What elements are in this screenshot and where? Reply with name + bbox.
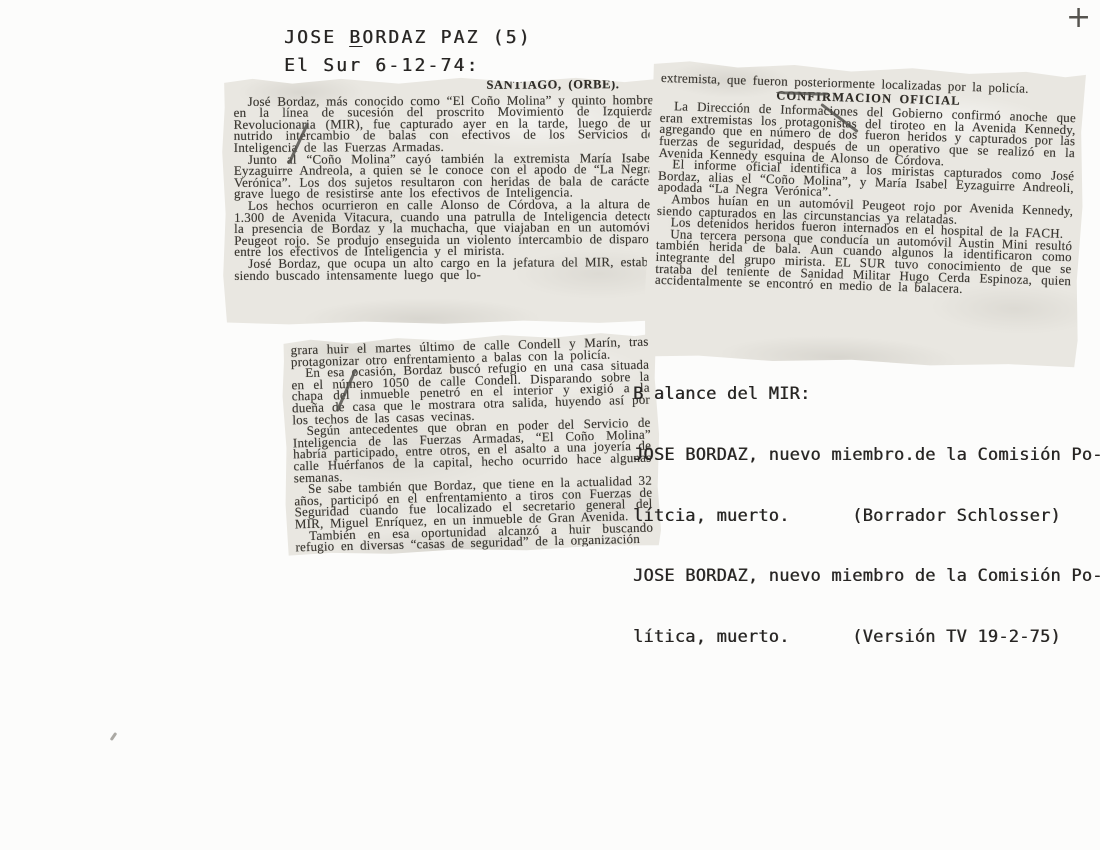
- news-clipping-bottom: grara huir el martes último de calle Con…: [280, 330, 662, 556]
- case-title-underlined-letter: B: [349, 27, 362, 48]
- case-title-pre: JOSE: [284, 27, 349, 48]
- typed-note-line: JOSE BORDAZ, nuevo miembro de la Comisió…: [633, 566, 1100, 586]
- news-paragraph: José Bordaz, que ocupa un alto cargo en …: [234, 256, 654, 281]
- case-title: JOSE BORDAZ PAZ (5): [284, 27, 532, 48]
- source-caption: El Sur 6-12-74:: [284, 55, 480, 76]
- case-title-post: ORDAZ PAZ (5): [362, 27, 531, 48]
- clipping-dateline: SANTIAGO, (ORBE).: [233, 79, 653, 92]
- news-paragraph: Los hechos ocurrieron en calle Alonso de…: [234, 198, 654, 258]
- typed-note-line: lítcia, muerto. (Borrador Schlosser): [633, 506, 1100, 526]
- scanned-archive-page: + JOSE BORDAZ PAZ (5) El Sur 6-12-74: SA…: [0, 0, 1100, 850]
- typed-note-line: lítica, muerto. (Versión TV 19-2-75): [633, 627, 1100, 647]
- news-paragraph: Junto al “Coño Molina” cayó también la e…: [234, 152, 654, 200]
- news-clipping-left: SANTIAGO, (ORBE). José Bordaz, más conoc…: [221, 76, 665, 325]
- typed-notes: B alance del MIR: JOSE BORDAZ, nuevo mie…: [633, 344, 1100, 687]
- news-clipping-right: extremista, que fueron posteriormente lo…: [642, 60, 1088, 371]
- typed-note-title: B alance del MIR:: [633, 384, 1100, 404]
- registration-cross-mark: +: [1066, 0, 1091, 35]
- typed-note-line: JOSE BORDAZ, nuevo miembro.de la Comisió…: [633, 445, 1100, 465]
- ink-speck: [110, 732, 118, 741]
- news-paragraph: Una tercera persona que conducía un auto…: [655, 228, 1073, 298]
